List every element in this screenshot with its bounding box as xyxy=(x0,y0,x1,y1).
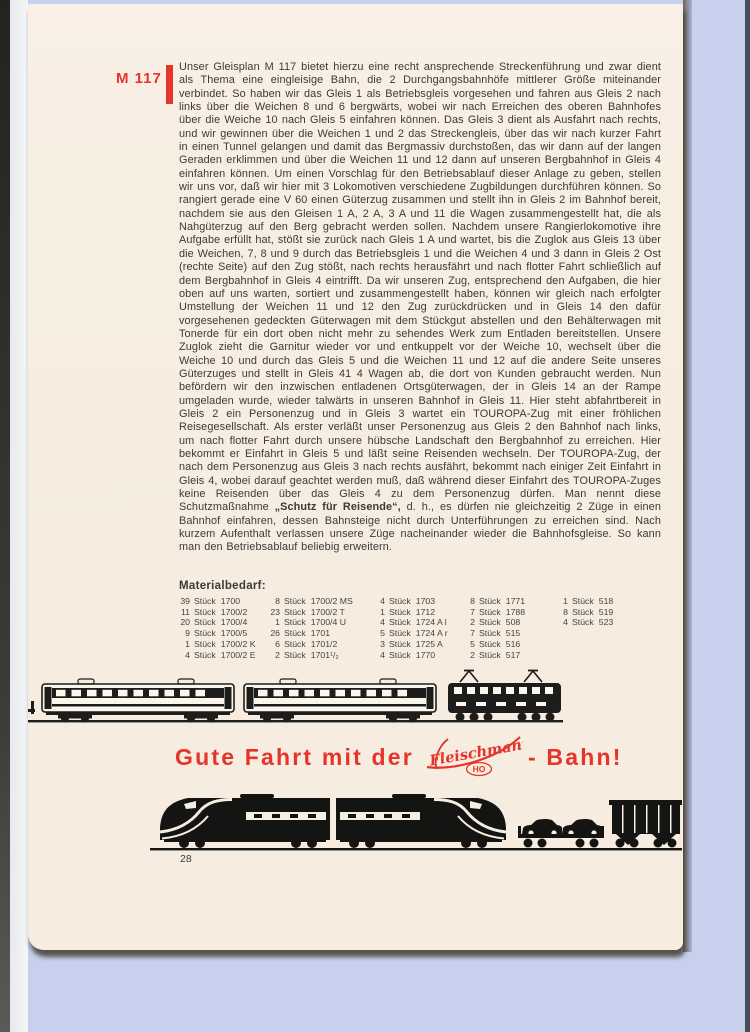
article-text-1: Unser Gleisplan M 117 bietet hierzu eine… xyxy=(179,61,661,513)
material-unit: Stück xyxy=(479,628,501,639)
passenger-train-illustration xyxy=(28,666,563,726)
auto-transporter-car xyxy=(518,819,604,848)
red-accent-bar xyxy=(166,65,173,104)
material-qty: 3 xyxy=(369,639,385,650)
material-part: 516 xyxy=(506,639,521,650)
material-unit: Stück xyxy=(194,628,216,639)
material-unit: Stück xyxy=(479,617,501,628)
materials-table: 39Stück170011Stück1700/220Stück1700/49St… xyxy=(174,596,674,660)
material-qty: 4 xyxy=(552,617,568,628)
material-part: 1788 xyxy=(506,607,525,618)
material-item: 11Stück1700/2 xyxy=(174,607,264,618)
material-part: 1700/4 U xyxy=(311,617,346,628)
material-qty: 8 xyxy=(552,607,568,618)
material-item: 2Stück1701¹/₂ xyxy=(264,650,369,661)
material-item: 26Stück1701 xyxy=(264,628,369,639)
headline-prefix: Gute Fahrt mit der xyxy=(175,744,414,771)
material-item: 5Stück1724 A r xyxy=(369,628,459,639)
material-unit: Stück xyxy=(572,607,594,618)
material-part: 1771 xyxy=(506,596,525,607)
material-qty: 4 xyxy=(174,650,190,661)
logo-gauge-text: HO xyxy=(473,764,486,774)
material-qty: 39 xyxy=(174,596,190,607)
material-part: 1700/2 K xyxy=(221,639,256,650)
fleischmann-logo: Fleischmann HO xyxy=(423,729,523,777)
material-qty: 4 xyxy=(369,617,385,628)
material-qty: 23 xyxy=(264,607,280,618)
material-qty: 6 xyxy=(264,639,280,650)
material-item: 6Stück1701/2 xyxy=(264,639,369,650)
material-unit: Stück xyxy=(194,639,216,650)
material-part: 1725 A xyxy=(416,639,443,650)
material-qty: 8 xyxy=(459,596,475,607)
material-part: 1700/2 T xyxy=(311,607,345,618)
material-unit: Stück xyxy=(194,596,216,607)
material-qty: 1 xyxy=(174,639,190,650)
material-item: 2Stück508 xyxy=(459,617,552,628)
material-item: 4Stück1703 xyxy=(369,596,459,607)
material-item: 1Stück1712 xyxy=(369,607,459,618)
material-part: 1701¹/₂ xyxy=(311,650,339,661)
material-unit: Stück xyxy=(479,596,501,607)
passenger-coach-2 xyxy=(244,679,436,723)
material-item: 5Stück516 xyxy=(459,639,552,650)
diesel-locomotive-1 xyxy=(160,794,330,848)
material-item: 7Stück1788 xyxy=(459,607,552,618)
material-unit: Stück xyxy=(479,650,501,661)
material-unit: Stück xyxy=(284,628,306,639)
material-unit: Stück xyxy=(389,639,411,650)
materials-column: 8Stück1700/2 MS23Stück1700/2 T1Stück1700… xyxy=(264,596,369,660)
material-unit: Stück xyxy=(194,617,216,628)
article-body: Unser Gleisplan M 117 bietet hierzu eine… xyxy=(179,61,661,583)
material-part: 508 xyxy=(506,617,521,628)
material-part: 1700/5 xyxy=(221,628,248,639)
hopper-car xyxy=(609,800,682,848)
material-item: 8Stück1700/2 MS xyxy=(264,596,369,607)
material-item: 4Stück1700/2 E xyxy=(174,650,264,661)
materials-column: 4Stück17031Stück17124Stück1724 A l5Stück… xyxy=(369,596,459,660)
material-part: 1700/2 xyxy=(221,607,248,618)
material-item: 39Stück1700 xyxy=(174,596,264,607)
material-item: 3Stück1725 A xyxy=(369,639,459,650)
material-qty: 7 xyxy=(459,628,475,639)
material-part: 1724 A l xyxy=(416,617,447,628)
material-qty: 2 xyxy=(264,650,280,661)
scan-edge-right xyxy=(745,0,750,1032)
material-unit: Stück xyxy=(389,596,411,607)
material-item: 8Stück1771 xyxy=(459,596,552,607)
material-part: 517 xyxy=(506,650,521,661)
material-part: 1700/4 xyxy=(221,617,248,628)
headline-suffix: - Bahn! xyxy=(528,744,623,771)
material-unit: Stück xyxy=(389,607,411,618)
material-item: 1Stück1700/2 K xyxy=(174,639,264,650)
material-unit: Stück xyxy=(479,607,501,618)
materials-heading: Materialbedarf: xyxy=(179,580,266,592)
material-qty: 2 xyxy=(459,650,475,661)
material-unit: Stück xyxy=(284,650,306,661)
page-number: 28 xyxy=(180,853,192,865)
page-edge-shadow xyxy=(683,0,692,952)
material-qty: 7 xyxy=(459,607,475,618)
material-qty: 5 xyxy=(459,639,475,650)
material-part: 1701/2 xyxy=(311,639,338,650)
material-item: 4Stück523 xyxy=(552,617,632,628)
material-qty: 1 xyxy=(264,617,280,628)
material-item: 1Stück1700/4 U xyxy=(264,617,369,628)
plan-number-label: M 117 xyxy=(116,70,162,87)
material-part: 1700/2 E xyxy=(221,650,256,661)
scanned-catalog-page: { "article": { "plan_label": "M 117", "t… xyxy=(0,0,750,1032)
materials-column: 39Stück170011Stück1700/220Stück1700/49St… xyxy=(174,596,264,660)
material-qty: 5 xyxy=(369,628,385,639)
material-part: 1724 A r xyxy=(416,628,448,639)
material-unit: Stück xyxy=(389,650,411,661)
material-unit: Stück xyxy=(572,617,594,628)
material-unit: Stück xyxy=(284,639,306,650)
material-qty: 26 xyxy=(264,628,280,639)
material-unit: Stück xyxy=(389,628,411,639)
material-part: 1700 xyxy=(221,596,240,607)
material-part: 1701 xyxy=(311,628,330,639)
material-item: 7Stück515 xyxy=(459,628,552,639)
material-unit: Stück xyxy=(479,639,501,650)
material-qty: 8 xyxy=(264,596,280,607)
material-qty: 1 xyxy=(552,596,568,607)
scan-edge-left xyxy=(0,0,10,1032)
material-qty: 2 xyxy=(459,617,475,628)
passenger-coach-1 xyxy=(42,679,234,723)
material-part: 1703 xyxy=(416,596,435,607)
material-qty: 9 xyxy=(174,628,190,639)
article-bold-phrase: „Schutz für Reisende“, xyxy=(275,501,401,513)
material-item: 20Stück1700/4 xyxy=(174,617,264,628)
scan-gutter-left xyxy=(10,0,28,1032)
material-item: 1Stück518 xyxy=(552,596,632,607)
material-unit: Stück xyxy=(284,596,306,607)
material-item: 4Stück1770 xyxy=(369,650,459,661)
material-unit: Stück xyxy=(284,607,306,618)
material-part: 523 xyxy=(599,617,614,628)
material-qty: 20 xyxy=(174,617,190,628)
headline: Gute Fahrt mit der Fleischmann HO - Bahn… xyxy=(175,732,675,782)
material-item: 4Stück1724 A l xyxy=(369,617,459,628)
catalog-page: M 117 Unser Gleisplan M 117 bietet hierz… xyxy=(28,4,683,950)
material-part: 1770 xyxy=(416,650,435,661)
material-unit: Stück xyxy=(572,596,594,607)
material-part: 1700/2 MS xyxy=(311,596,353,607)
materials-column: 8Stück17717Stück17882Stück5087Stück5155S… xyxy=(459,596,552,660)
material-qty: 1 xyxy=(369,607,385,618)
material-unit: Stück xyxy=(389,617,411,628)
diesel-locomotive-2 xyxy=(336,794,506,848)
material-part: 519 xyxy=(599,607,614,618)
material-part: 518 xyxy=(599,596,614,607)
material-qty: 4 xyxy=(369,650,385,661)
material-qty: 11 xyxy=(174,607,190,618)
material-qty: 4 xyxy=(369,596,385,607)
freight-train-illustration xyxy=(150,782,682,856)
material-unit: Stück xyxy=(194,650,216,661)
material-item: 23Stück1700/2 T xyxy=(264,607,369,618)
material-item: 8Stück519 xyxy=(552,607,632,618)
materials-column: 1Stück5188Stück5194Stück523 xyxy=(552,596,632,660)
material-unit: Stück xyxy=(194,607,216,618)
material-unit: Stück xyxy=(284,617,306,628)
material-item: 9Stück1700/5 xyxy=(174,628,264,639)
material-part: 515 xyxy=(506,628,521,639)
electric-locomotive xyxy=(448,670,561,722)
material-item: 2Stück517 xyxy=(459,650,552,661)
material-part: 1712 xyxy=(416,607,435,618)
